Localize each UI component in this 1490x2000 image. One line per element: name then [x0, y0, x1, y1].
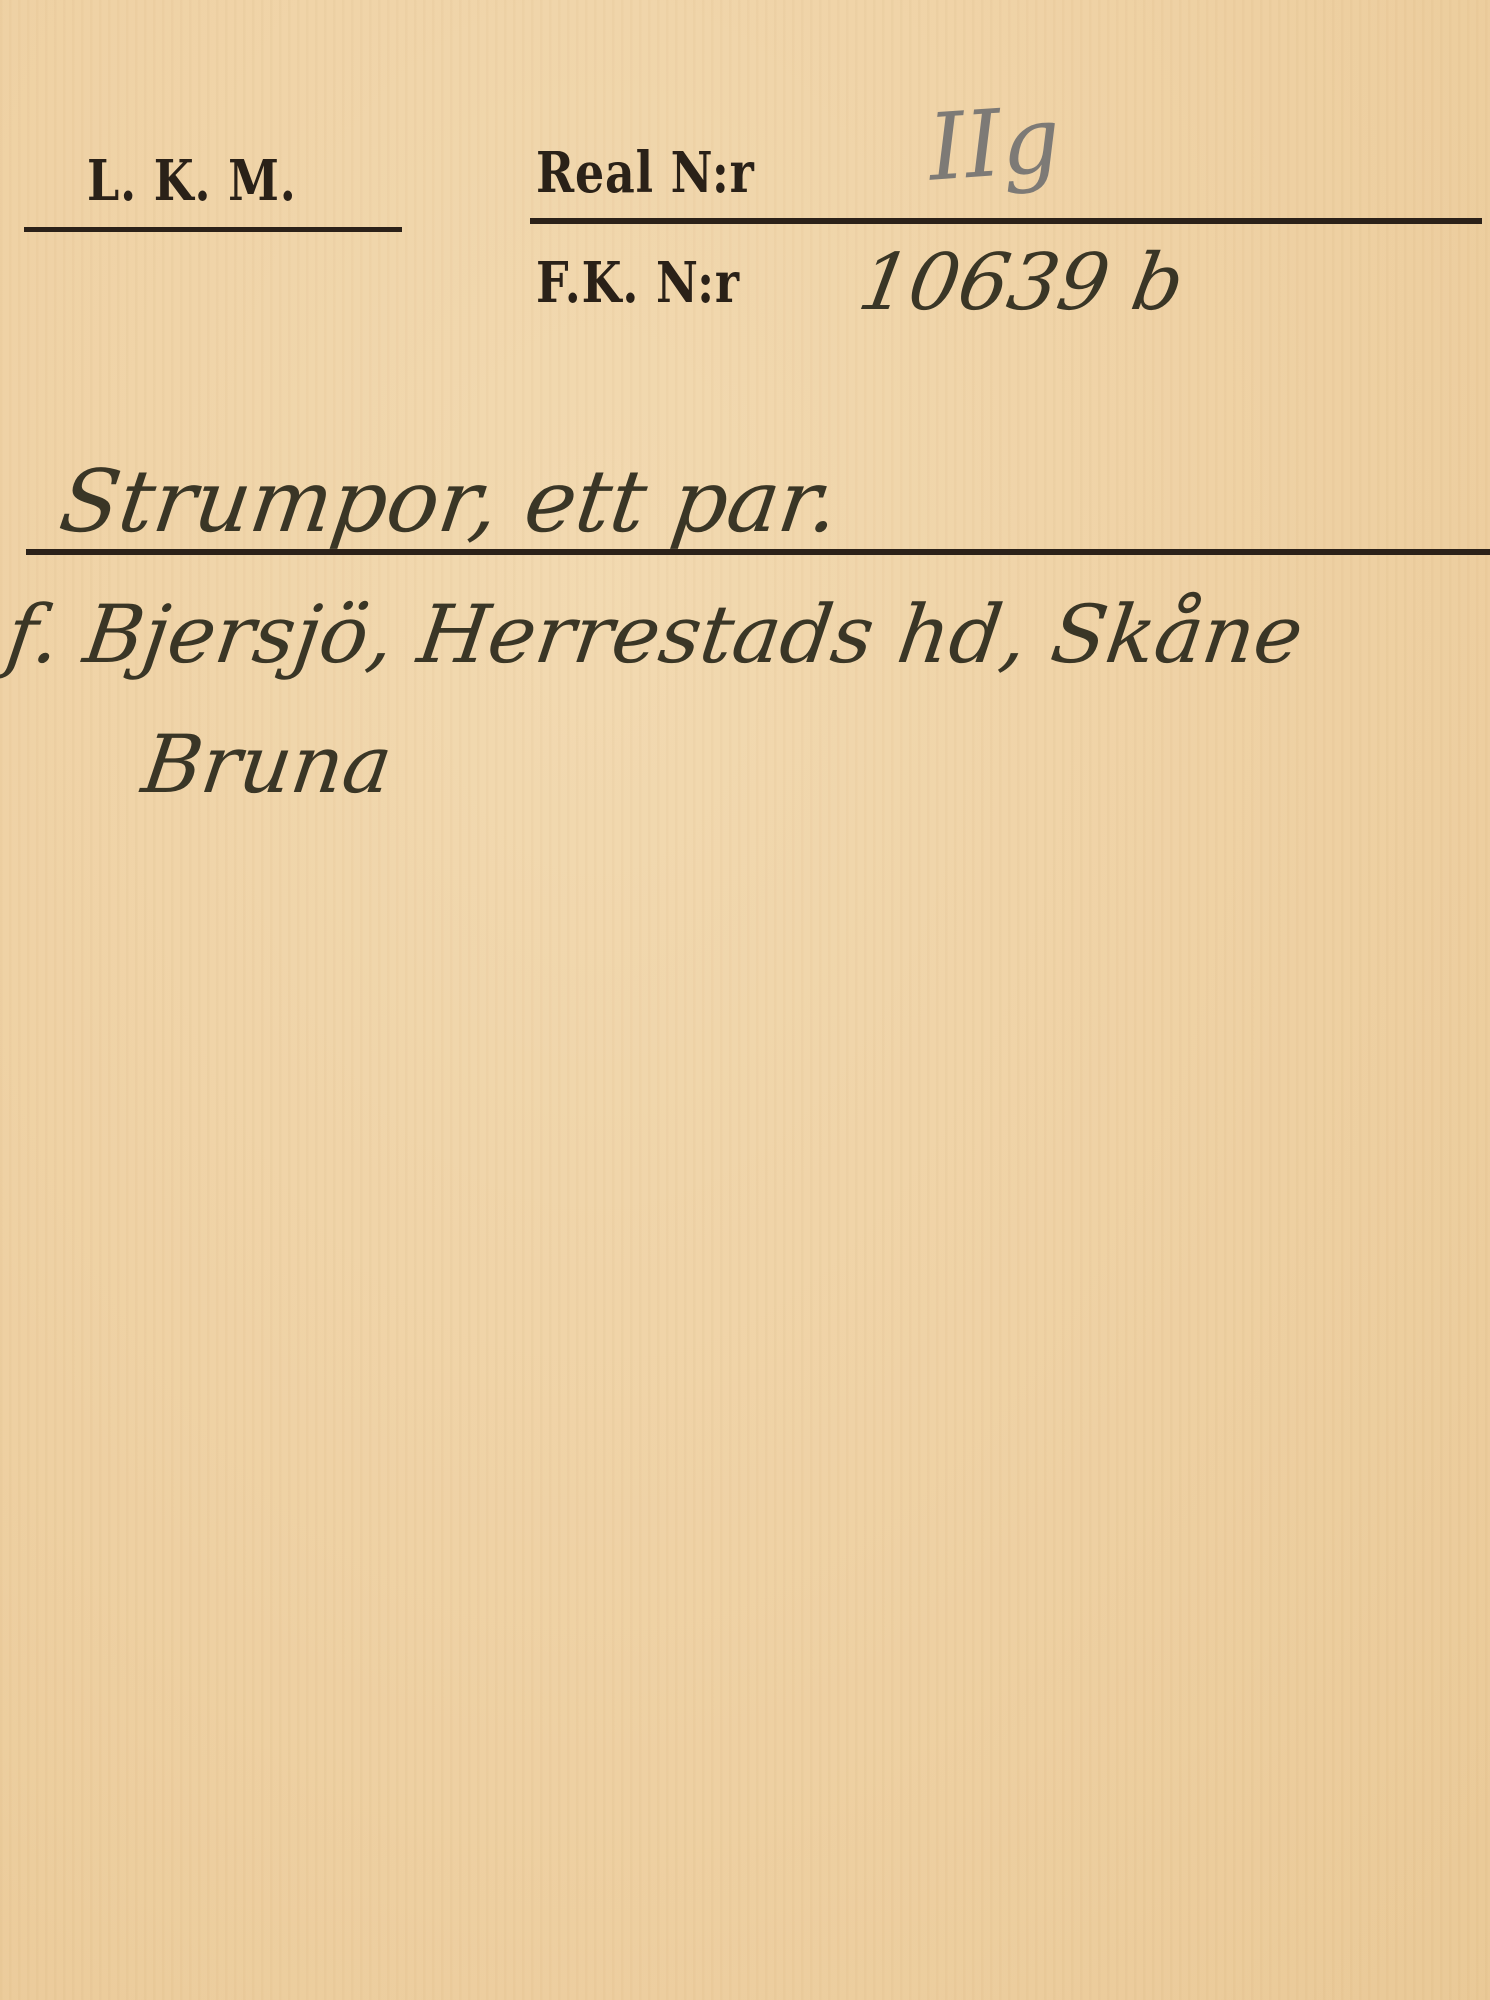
fk-number-value: 10639 b [852, 238, 1191, 328]
real-number-label: Real N:r [536, 140, 755, 206]
provenance-line: f. Bjersjö, Herrestads hd, Skåne [1, 588, 1309, 681]
institution-label: L. K. M. [87, 148, 297, 214]
catalogue-card: L. K. M. Real N:r IIg F.K. N:r 10639 b S… [0, 0, 1490, 2000]
real-number-value: IIg [925, 86, 1064, 202]
title-rule [26, 549, 1490, 555]
fk-number-label: F.K. N:r [536, 250, 740, 316]
real-number-rule [530, 218, 1482, 224]
object-title: Strumpor, ett par. [54, 452, 845, 552]
institution-underline [24, 227, 402, 232]
color-note: Bruna [137, 718, 398, 811]
